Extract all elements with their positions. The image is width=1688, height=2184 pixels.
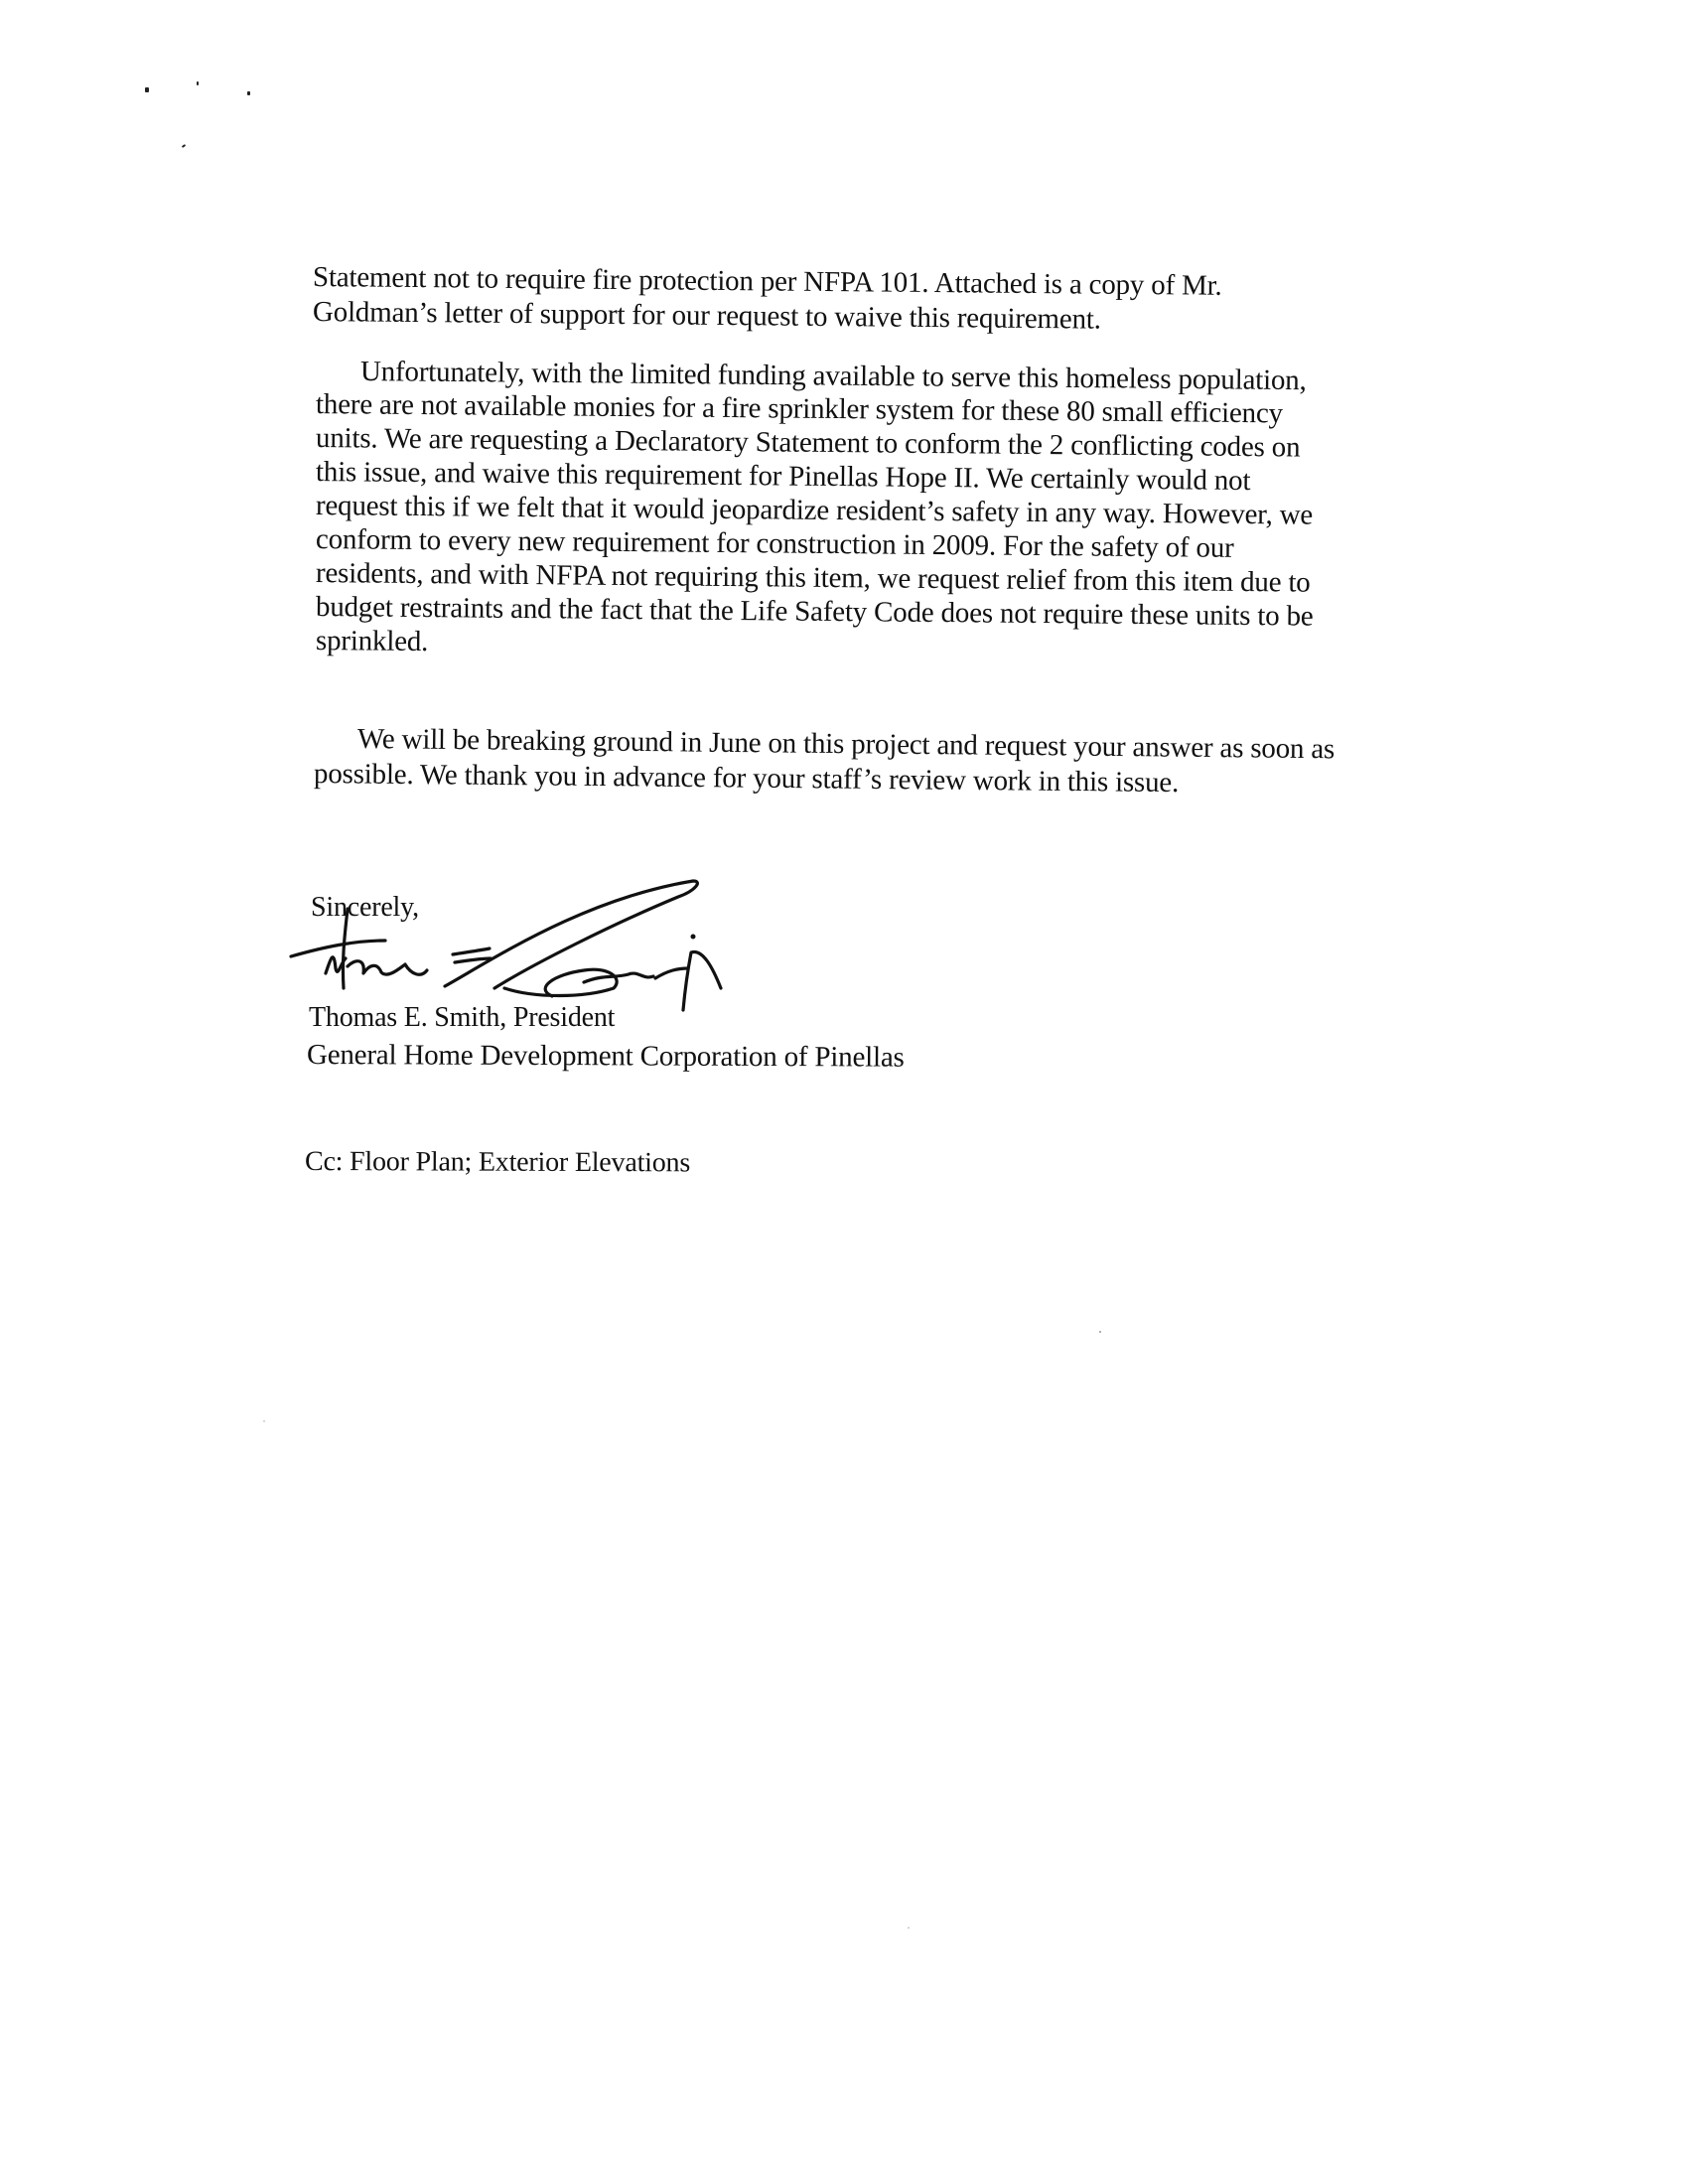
- paragraph-2-line-9: sprinkled.: [316, 624, 429, 658]
- signer-organization: General Home Development Corporation of …: [307, 1038, 905, 1075]
- scan-speck: [263, 1420, 265, 1422]
- scan-speck: [197, 81, 199, 85]
- scan-speck: [182, 144, 186, 148]
- scan-speck: [145, 87, 149, 92]
- scan-speck: [908, 1927, 910, 1929]
- cc-line: Cc: Floor Plan; Exterior Elevations: [305, 1145, 690, 1180]
- scan-speck: [1099, 1331, 1101, 1333]
- scan-speck: [247, 91, 250, 95]
- letter-page: Statement not to require fire protection…: [0, 0, 1688, 2184]
- signer-name-title: Thomas E. Smith, President: [309, 1001, 615, 1035]
- paragraph-1-line-2: Goldman’s letter of support for our requ…: [313, 295, 1101, 337]
- signature-icon: [286, 879, 802, 1013]
- paragraph-3-line-2: possible. We thank you in advance for yo…: [314, 757, 1179, 800]
